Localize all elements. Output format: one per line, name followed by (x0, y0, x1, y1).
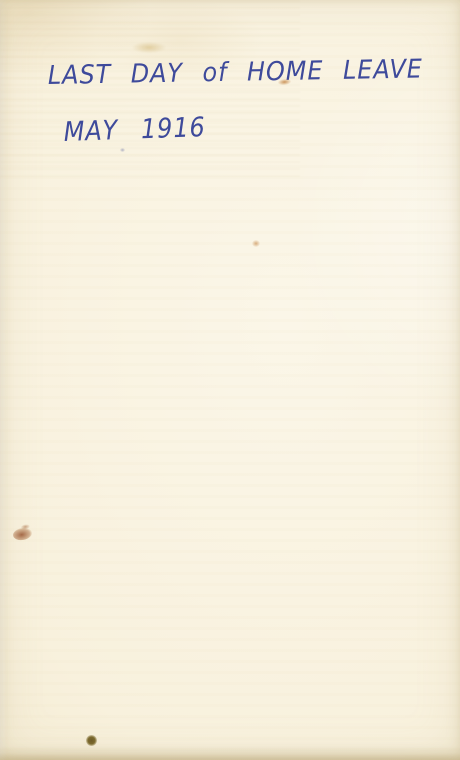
stain-blue-speck (120, 148, 125, 152)
stain-rust-speck-left (12, 526, 33, 541)
handwritten-line-2: MAY 1916 (63, 112, 206, 148)
paper-grain-texture (0, 0, 460, 760)
handwritten-line-1: LAST DAY of HOME LEAVE (48, 54, 423, 91)
paper-grain-streaks (0, 0, 300, 180)
handwritten-inscription: LAST DAY of HOME LEAVE MAY 1916 (0, 0, 460, 760)
stain-orange-fleck-mid (252, 240, 260, 247)
stain-orange-fleck-under-home (278, 78, 292, 85)
scanned-paper-photo-back: LAST DAY of HOME LEAVE MAY 1916 (0, 0, 460, 760)
stain-olive-dot-bottom (86, 735, 97, 746)
stain-yellow-smudge (132, 42, 166, 53)
